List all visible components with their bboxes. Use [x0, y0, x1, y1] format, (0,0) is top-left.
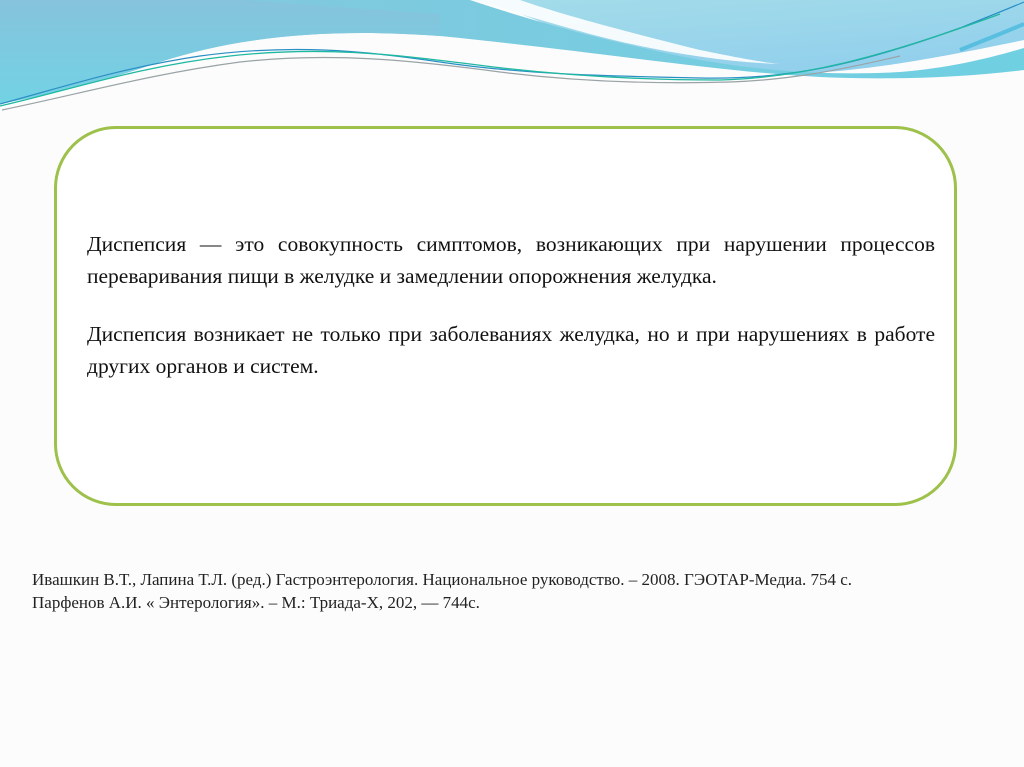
reference-item: Парфенов А.И. « Энтерология». – М.: Триа…: [32, 591, 902, 614]
definition-paragraph: Диспепсия — это совокупность симптомов, …: [87, 228, 935, 292]
definition-text: Диспепсия — это совокупность симптомов, …: [87, 228, 935, 382]
definition-box: Диспепсия — это совокупность симптомов, …: [54, 126, 957, 506]
reference-item: Ивашкин В.Т., Лапина Т.Л. (ред.) Гастроэ…: [32, 568, 902, 591]
causes-paragraph: Диспепсия возникает не только при заболе…: [87, 318, 935, 382]
references-list: Ивашкин В.Т., Лапина Т.Л. (ред.) Гастроэ…: [32, 568, 902, 614]
header-wave-decoration: [0, 0, 1024, 120]
